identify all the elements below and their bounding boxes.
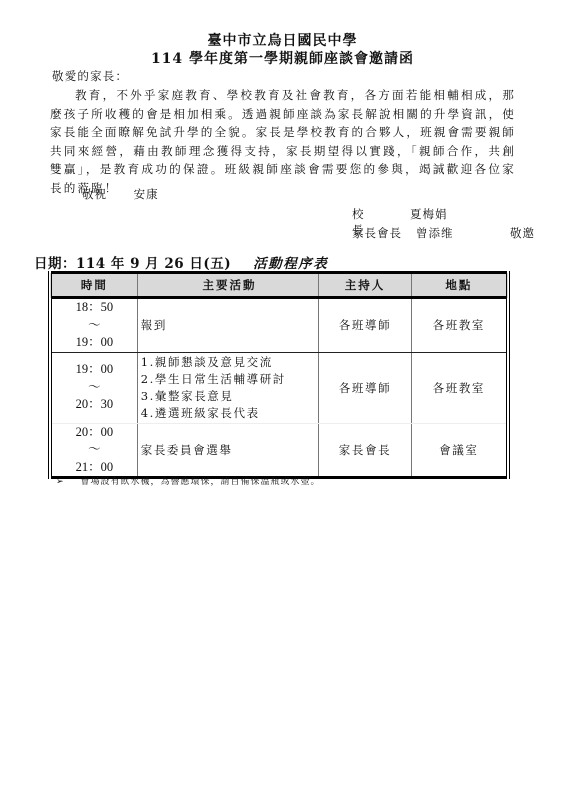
time-start: 19：00 [52, 361, 137, 379]
host-cell: 家長會長 [319, 423, 411, 478]
activity-item: 3.彙整家長意見 [141, 388, 319, 405]
salutation: 敬愛的家長： [52, 68, 128, 84]
host-cell: 各班導師 [319, 352, 411, 423]
program-label: 活動程序表 [253, 256, 328, 272]
closing-wish: 敬祝 [82, 187, 107, 201]
footnote: ➢會場設有飲水機，為響應環保，請自備保溫瓶或水壺。 [56, 474, 321, 487]
closing: 敬祝 安康 [82, 186, 159, 202]
letter-body: 教育，不外乎家庭教育、學校教育及社會教育，各方面若能相輔相成，那麼孩子所收穫的會… [50, 86, 516, 197]
column-header-activity: 主要活動 [137, 273, 319, 298]
time-start: 20：00 [52, 424, 137, 442]
activity-cell: 家長委員會選舉 [137, 423, 319, 478]
table-row: 18：50 ～ 19：00 報到 各班導師 各班教室 [50, 298, 508, 353]
arrow-bullet-icon: ➢ [56, 477, 65, 487]
column-header-host: 主持人 [319, 273, 411, 298]
location-cell: 會議室 [411, 423, 508, 478]
activity-item: 2.學生日常生活輔導研討 [141, 371, 319, 388]
time-cell: 18：50 ～ 19：00 [50, 298, 137, 353]
time-end: 19：00 [52, 334, 137, 352]
school-name: 臺中市立烏日國民中學 [0, 30, 565, 50]
location-cell: 各班教室 [411, 352, 508, 423]
location-cell: 各班教室 [411, 298, 508, 353]
time-separator: ～ [52, 379, 137, 397]
footnote-text: 會場設有飲水機，為響應環保，請自備保溫瓶或水壺。 [81, 477, 321, 487]
table-header-row: 時間 主要活動 主持人 地點 [50, 273, 508, 298]
signature-pta-president: 家長會長 曾添维 敬邀 [352, 225, 535, 241]
signature-suffix: 敬邀 [510, 225, 535, 241]
event-date-line: 日期：114 年 9 月 26 日(五)活動程序表 [34, 252, 328, 272]
time-separator: ～ [52, 317, 137, 335]
time-start: 18：50 [52, 299, 137, 317]
time-cell: 19：00 ～ 20：30 [50, 352, 137, 423]
time-separator: ～ [52, 441, 137, 459]
table-row: 20：00 ～ 21：00 家長委員會選舉 家長會長 會議室 [50, 423, 508, 478]
signature-role: 家長會長 [352, 225, 410, 241]
column-header-time: 時間 [50, 273, 137, 298]
column-header-location: 地點 [411, 273, 508, 298]
closing-blessing: 安康 [134, 187, 159, 201]
activity-cell: 報到 [137, 298, 319, 353]
activity-item: 1.親師懇談及意見交流 [141, 354, 319, 371]
schedule-table: 時間 主要活動 主持人 地點 18：50 ～ 19：00 報到 各班導師 各班教… [48, 271, 510, 479]
event-date: 日期：114 年 9 月 26 日(五) [34, 256, 231, 272]
host-cell: 各班導師 [319, 298, 411, 353]
time-cell: 20：00 ～ 21：00 [50, 423, 137, 478]
table-row: 19：00 ～ 20：30 1.親師懇談及意見交流 2.學生日常生活輔導研討 3… [50, 352, 508, 423]
activity-item: 4.遴選班級家長代表 [141, 405, 319, 422]
document-title: 114 學年度第一學期親師座談會邀請函 [0, 48, 565, 68]
signature-name: 曾添维 [416, 225, 488, 241]
activity-cell: 1.親師懇談及意見交流 2.學生日常生活輔導研討 3.彙整家長意見 4.遴選班級… [137, 352, 319, 423]
time-end: 20：30 [52, 396, 137, 414]
